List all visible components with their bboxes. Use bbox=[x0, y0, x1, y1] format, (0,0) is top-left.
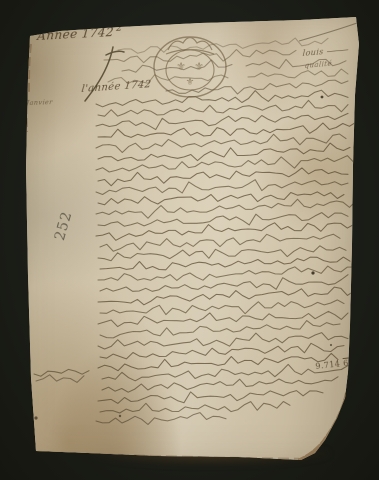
handwriting-line bbox=[100, 321, 340, 338]
handwriting-line bbox=[100, 257, 350, 270]
year-annotation-superscript: 2 bbox=[116, 24, 123, 34]
handwriting-line bbox=[98, 168, 348, 186]
ink-dash: ——— bbox=[326, 45, 348, 56]
handwriting-line bbox=[96, 156, 354, 172]
ink-layer: ⚜ ⚜ ⚜ bbox=[0, 0, 379, 480]
left-edge-damage bbox=[27, 40, 31, 132]
handwriting-line bbox=[98, 122, 356, 137]
margin-note-month: Janvier bbox=[26, 98, 53, 107]
handwriting-line bbox=[118, 38, 328, 53]
handwriting-line bbox=[100, 300, 344, 315]
handwriting-line bbox=[98, 391, 323, 404]
manuscript-page: ⚜ ⚜ ⚜ Année 17422 l'année 1742 bbox=[0, 0, 379, 480]
handwriting-line bbox=[96, 180, 348, 195]
handwriting-line bbox=[98, 143, 350, 161]
handwriting-line bbox=[102, 364, 348, 380]
handwriting-line bbox=[98, 192, 344, 205]
fleur-de-lis-glyph: ⚜ bbox=[176, 60, 186, 73]
handwriting-line bbox=[98, 353, 338, 370]
handwriting-line bbox=[34, 369, 89, 376]
handwriting-line bbox=[36, 375, 84, 383]
photograph-background: ⚜ ⚜ ⚜ Année 17422 l'année 1742 bbox=[0, 0, 379, 480]
handwriting-line bbox=[100, 343, 344, 359]
handwriting-line bbox=[98, 266, 354, 280]
ink-specks bbox=[34, 96, 332, 420]
amount-superscript: 60 bbox=[343, 358, 355, 368]
handwriting-line bbox=[96, 90, 348, 107]
handwriting-line bbox=[98, 333, 348, 349]
handwriting-line bbox=[98, 287, 354, 305]
handwriting-lines bbox=[34, 38, 356, 425]
handwriting-line bbox=[100, 402, 290, 414]
handwriting-line bbox=[96, 413, 226, 425]
handwriting-line bbox=[248, 69, 348, 78]
handwriting-line bbox=[98, 311, 348, 326]
fleur-de-lis-glyph: ⚜ bbox=[194, 60, 204, 73]
fleur-de-lis-glyph: ⚜ bbox=[186, 77, 195, 88]
handwriting-line bbox=[98, 100, 348, 116]
handwriting-line bbox=[100, 275, 348, 292]
handwriting-line bbox=[96, 113, 348, 129]
